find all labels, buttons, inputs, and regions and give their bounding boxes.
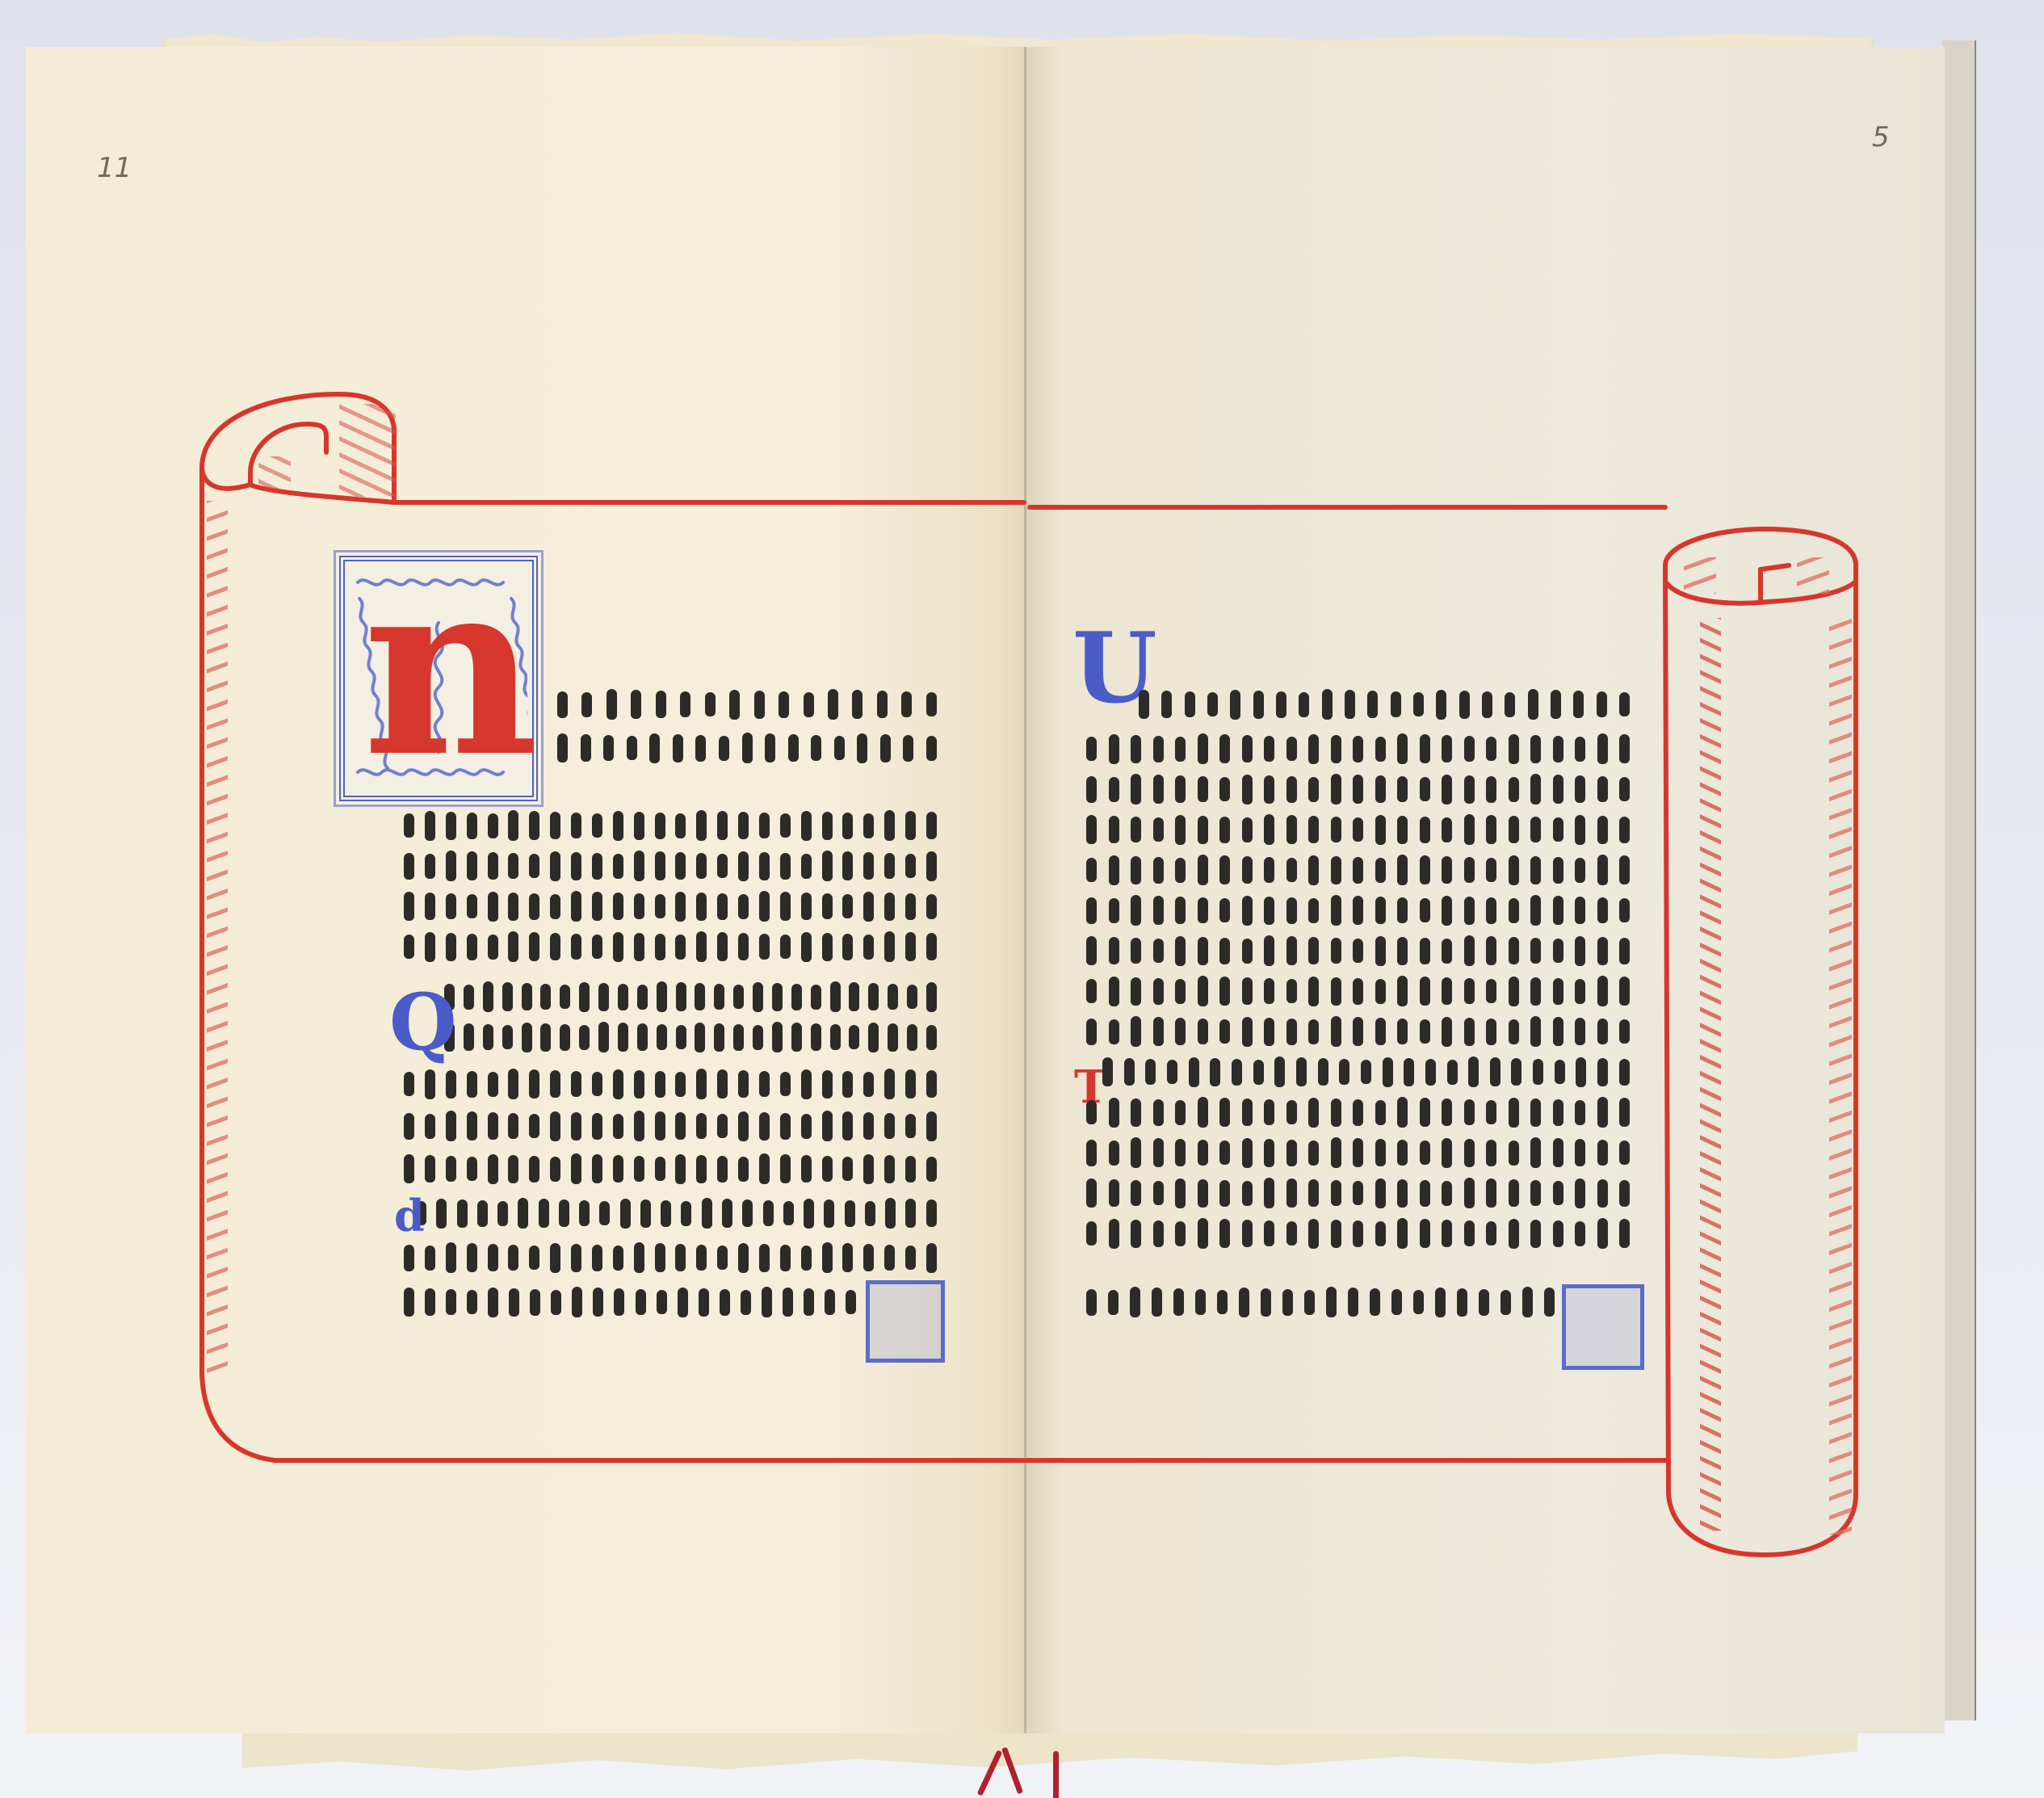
glyph: [1353, 1181, 1363, 1205]
glyph: [1486, 936, 1496, 965]
glyph: [508, 1113, 518, 1139]
glyph: [560, 1024, 570, 1051]
glyph: [1308, 1219, 1319, 1249]
glyph: [801, 1155, 812, 1183]
glyph: [1219, 1098, 1230, 1127]
glyph: [1397, 1140, 1408, 1166]
glyph: [1553, 817, 1563, 842]
glyph: [425, 854, 435, 879]
glyph: [613, 1114, 623, 1139]
glyph: [1553, 896, 1563, 925]
glyph: [1442, 1181, 1452, 1206]
glyph: [1286, 858, 1297, 882]
glyph: [1482, 691, 1492, 718]
glyph: [1308, 855, 1319, 885]
glyph: [905, 1156, 916, 1183]
glyph: [680, 691, 690, 717]
glyph: [657, 1290, 667, 1314]
glyph: [1509, 1141, 1519, 1166]
glyph: [1464, 1018, 1475, 1046]
glyph: [1375, 936, 1386, 966]
glyph: [714, 984, 724, 1010]
glyph: [842, 934, 853, 960]
glyph: [592, 1154, 602, 1183]
glyph: [1486, 1019, 1496, 1045]
glyph: [1353, 1017, 1363, 1046]
text-line: [404, 1240, 937, 1275]
glyph: [717, 1069, 728, 1099]
glyph: [1198, 733, 1208, 764]
glyph: [1573, 691, 1584, 718]
glyph: [637, 1023, 648, 1051]
glyph: [1232, 1059, 1242, 1086]
glyph: [1597, 976, 1608, 1006]
glyph: [1219, 817, 1230, 843]
glyph: [1308, 1141, 1319, 1166]
glyph: [1353, 1138, 1363, 1167]
glyph: [1576, 1057, 1586, 1087]
glyph: [1530, 977, 1541, 1006]
glyph: [675, 935, 686, 960]
glyph: [865, 1201, 875, 1226]
glyph: [1509, 1098, 1519, 1128]
glyph: [1420, 1141, 1430, 1165]
glyph: [801, 1114, 812, 1139]
glyph: [1175, 815, 1186, 845]
glyph: [1153, 1220, 1164, 1247]
glyph: [863, 1244, 874, 1271]
glyph: [464, 985, 474, 1010]
text-line: [1139, 687, 1630, 722]
glyph: [1486, 1100, 1496, 1124]
glyph: [529, 1114, 539, 1138]
glyph: [467, 1071, 477, 1098]
glyph: [1619, 1141, 1630, 1165]
glyph: [457, 1199, 468, 1228]
glyph: [1131, 1099, 1141, 1127]
glyph: [634, 1111, 644, 1141]
glyph: [1308, 1019, 1319, 1044]
glyph: [571, 852, 581, 880]
glyph: [1130, 1287, 1140, 1317]
glyph: [1375, 775, 1386, 803]
glyph: [579, 1200, 590, 1226]
glyph: [905, 932, 916, 961]
glyph: [1468, 1057, 1479, 1087]
glyph: [1264, 1099, 1274, 1125]
glyph: [1219, 1219, 1230, 1248]
text-line: [1086, 1284, 1555, 1320]
glyph: [502, 1025, 513, 1049]
glyph: [1264, 857, 1274, 883]
glyph: [657, 981, 667, 1012]
glyph: [1230, 690, 1240, 720]
glyph: [1109, 898, 1119, 923]
glyph: [1131, 1180, 1141, 1206]
glyph: [1479, 1289, 1489, 1316]
glyph: [1331, 1099, 1341, 1127]
glyph: [1264, 1220, 1274, 1246]
glyph: [675, 892, 686, 922]
glyph: [1264, 1018, 1274, 1046]
glyph: [1086, 1289, 1097, 1316]
glyph: [1442, 1138, 1452, 1168]
glyph: [720, 1289, 730, 1316]
glyph: [926, 933, 937, 960]
glyph: [1509, 977, 1519, 1006]
glyph: [1530, 735, 1541, 763]
glyph: [1575, 815, 1585, 845]
glyph: [592, 853, 602, 880]
glyph: [634, 893, 644, 919]
glyph: [1131, 817, 1141, 842]
glyph: [742, 1199, 753, 1227]
glyph: [1361, 1060, 1371, 1084]
glyph: [1124, 1058, 1135, 1086]
glyph: [846, 1290, 856, 1314]
glyph: [467, 1157, 477, 1181]
glyph: [1486, 1178, 1496, 1208]
glyph: [614, 1288, 624, 1316]
glyph: [733, 1024, 744, 1051]
glyph: [1442, 939, 1452, 964]
glyph: [634, 1070, 644, 1099]
glyph: [1464, 1139, 1475, 1167]
glyph: [824, 1199, 834, 1228]
glyph: [637, 985, 648, 1010]
glyph: [446, 1289, 456, 1315]
glyph: [1420, 898, 1430, 922]
glyph: [636, 1289, 646, 1315]
glyph: [842, 851, 853, 880]
glyph: [1253, 691, 1264, 719]
glyph: [842, 813, 853, 839]
glyph: [1286, 737, 1297, 761]
glyph: [675, 1112, 686, 1140]
glyph: [1413, 692, 1424, 716]
glyph: [1530, 856, 1541, 884]
glyph: [655, 1111, 665, 1141]
glyph: [1086, 1178, 1097, 1208]
glyph: [1308, 1179, 1319, 1207]
glyph: [717, 1156, 728, 1183]
glyph: [822, 812, 833, 840]
glyph: [1533, 1059, 1543, 1085]
glyph: [1353, 1220, 1363, 1247]
glyph: [1464, 1220, 1475, 1246]
glyph: [1597, 1019, 1608, 1044]
glyph: [1353, 939, 1363, 963]
glyph: [1198, 897, 1208, 923]
glyph: [1420, 977, 1430, 1006]
glyph: [529, 854, 539, 878]
glyph: [613, 854, 623, 879]
glyph: [1509, 855, 1519, 885]
glyph: [1308, 816, 1319, 843]
glyph: [1242, 735, 1253, 762]
glyph: [557, 733, 568, 762]
glyph: [1109, 977, 1119, 1006]
glyph: [759, 813, 770, 838]
glyph: [1597, 937, 1608, 965]
glyph: [1436, 690, 1446, 720]
glyph: [926, 851, 937, 881]
glyph: [1555, 1060, 1565, 1084]
glyph: [1153, 978, 1164, 1005]
glyph: [1530, 1137, 1541, 1168]
scroll-illustration: [0, 0, 2044, 1798]
glyph: [550, 1243, 560, 1273]
glyph: [1383, 1057, 1393, 1087]
glyph: [1509, 734, 1519, 764]
glyph: [678, 1288, 688, 1317]
glyph: [772, 1022, 783, 1052]
glyph: [1486, 737, 1496, 761]
glyph: [1597, 897, 1608, 923]
glyph: [425, 1246, 435, 1271]
text-line: [404, 1108, 937, 1144]
glyph: [1619, 692, 1630, 716]
glyph: [613, 932, 623, 962]
glyph: [1242, 977, 1253, 1005]
glyph: [1575, 1018, 1585, 1045]
glyph: [1331, 856, 1341, 884]
glyph: [852, 690, 863, 719]
glyph: [1353, 978, 1363, 1005]
glyph: [1286, 1178, 1297, 1208]
glyph: [488, 852, 498, 880]
glyph: [550, 933, 560, 960]
glyph: [1242, 1017, 1253, 1047]
glyph: [830, 981, 841, 1012]
glyph: [765, 733, 775, 762]
glyph: [1397, 1218, 1408, 1249]
glyph: [467, 1290, 477, 1314]
decorative-tile-left: [866, 1280, 945, 1363]
glyph: [926, 1199, 937, 1227]
glyph: [1442, 977, 1452, 1005]
glyph: [1397, 733, 1408, 764]
glyph: [1447, 1060, 1458, 1085]
text-line: [1086, 1135, 1630, 1170]
glyph: [1219, 977, 1230, 1006]
glyph: [753, 982, 763, 1012]
glyph: [681, 1201, 691, 1226]
glyph: [1619, 1059, 1630, 1086]
glyph: [903, 735, 913, 762]
glyph: [1264, 814, 1274, 845]
glyph: [1153, 1181, 1164, 1205]
glyph: [618, 1023, 628, 1052]
glyph: [655, 1071, 665, 1098]
glyph: [1153, 775, 1164, 804]
glyph: [1509, 937, 1519, 964]
glyph: [1597, 691, 1607, 717]
glyph: [907, 985, 917, 1009]
glyph: [1304, 1290, 1315, 1315]
glyph: [863, 813, 874, 838]
glyph: [1420, 938, 1430, 964]
glyph: [763, 1200, 774, 1226]
glyph: [620, 1199, 631, 1229]
glyph: [1286, 979, 1297, 1003]
glyph: [404, 813, 414, 838]
glyph: [1167, 1060, 1177, 1084]
glyph: [1296, 1057, 1307, 1086]
text-line: [557, 730, 937, 766]
glyph: [613, 811, 623, 841]
glyph: [811, 1023, 821, 1051]
glyph: [926, 982, 937, 1012]
text-line: [1086, 893, 1630, 928]
glyph: [1486, 1140, 1496, 1166]
glyph: [1219, 938, 1230, 964]
glyph: [888, 984, 898, 1010]
glyph: [1286, 1221, 1297, 1246]
glyph: [1331, 977, 1341, 1006]
glyph: [1619, 1219, 1630, 1248]
glyph: [868, 1023, 879, 1052]
glyph: [1375, 1100, 1386, 1125]
glyph: [1597, 776, 1608, 802]
glyph: [1442, 1099, 1452, 1126]
glyph: [1619, 1180, 1630, 1207]
glyph: [857, 733, 867, 763]
glyph: [508, 853, 518, 879]
glyph: [1131, 774, 1141, 804]
glyph: [446, 1156, 456, 1182]
glyph: [661, 1200, 671, 1227]
glyph: [593, 1288, 603, 1317]
glyph: [1086, 815, 1097, 844]
glyph: [634, 812, 644, 840]
glyph: [926, 736, 937, 761]
glyph: [1353, 896, 1363, 925]
glyph: [1286, 815, 1297, 844]
glyph: [926, 894, 937, 919]
glyph: [1264, 1178, 1274, 1208]
glyph: [508, 1155, 518, 1183]
glyph: [759, 1071, 770, 1097]
glyph: [1420, 1219, 1430, 1248]
glyph: [592, 935, 602, 959]
glyph: [1500, 1290, 1511, 1315]
glyph: [738, 1243, 749, 1273]
glyph: [560, 985, 570, 1009]
glyph: [571, 891, 581, 922]
glyph: [436, 1199, 447, 1229]
glyph: [863, 892, 874, 922]
glyph: [675, 1244, 686, 1271]
glyph: [613, 893, 623, 920]
glyph: [1530, 1016, 1541, 1047]
glyph: [1219, 1141, 1230, 1165]
glyph: [1086, 1019, 1097, 1045]
glyph: [788, 734, 799, 762]
text-line: [416, 1195, 937, 1231]
glyph: [1308, 734, 1319, 764]
glyph: [1353, 817, 1363, 842]
glyph: [657, 1024, 667, 1050]
glyph: [696, 893, 707, 921]
glyph: [1509, 816, 1519, 843]
glyph: [1522, 1287, 1533, 1317]
glyph: [926, 692, 937, 716]
glyph: [488, 1244, 498, 1271]
glyph: [1597, 1140, 1608, 1166]
glyph: [1282, 1289, 1293, 1316]
glyph: [696, 810, 707, 841]
glyph: [634, 1242, 644, 1273]
glyph: [618, 984, 628, 1010]
glyph: [1575, 1139, 1585, 1166]
glyph: [613, 1155, 623, 1183]
glyph: [1575, 936, 1585, 966]
glyph: [1086, 936, 1097, 965]
glyph: [1210, 1058, 1220, 1086]
glyph: [1597, 816, 1608, 844]
glyph: [404, 1072, 414, 1096]
glyph: [1553, 1220, 1563, 1247]
glyph: [1242, 856, 1253, 884]
glyph: [404, 853, 414, 880]
glyph: [702, 1198, 712, 1229]
glyph: [811, 985, 821, 1010]
glyph: [1286, 776, 1297, 803]
glyph: [675, 852, 686, 880]
glyph: [1274, 1057, 1285, 1087]
glyph: [1397, 855, 1408, 885]
glyph: [1345, 690, 1355, 719]
glyph: [1619, 817, 1630, 843]
glyph: [1375, 1018, 1386, 1045]
illuminated-initial-n: n: [339, 556, 538, 801]
glyph: [675, 813, 686, 838]
glyph: [1619, 777, 1630, 801]
glyph: [738, 851, 749, 881]
glyph: [1331, 938, 1341, 964]
glyph: [1242, 1220, 1253, 1247]
glyph: [849, 1025, 859, 1049]
glyph: [559, 1199, 569, 1227]
glyph: [811, 735, 821, 761]
glyph: [598, 1022, 609, 1052]
glyph: [801, 932, 812, 962]
glyph: [905, 1114, 916, 1138]
glyph: [613, 1246, 623, 1271]
glyph: [699, 1288, 709, 1317]
glyph: [1353, 775, 1363, 804]
glyph: [1264, 978, 1274, 1004]
glyph: [1575, 1221, 1585, 1246]
glyph: [877, 691, 888, 718]
glyph: [1511, 1058, 1521, 1086]
glyph: [676, 982, 686, 1011]
glyph: [1553, 736, 1563, 762]
glyph: [905, 1246, 916, 1270]
glyph: [884, 1245, 895, 1271]
text-line: [404, 848, 937, 884]
glyph: [1153, 736, 1164, 762]
glyph: [1575, 897, 1585, 924]
glyph: [830, 1024, 841, 1050]
glyph: [1109, 777, 1119, 802]
glyph: [801, 893, 812, 920]
glyph: [801, 1069, 812, 1099]
glyph: [717, 1246, 728, 1270]
glyph: [1308, 1098, 1319, 1128]
glyph: [1109, 1098, 1119, 1128]
